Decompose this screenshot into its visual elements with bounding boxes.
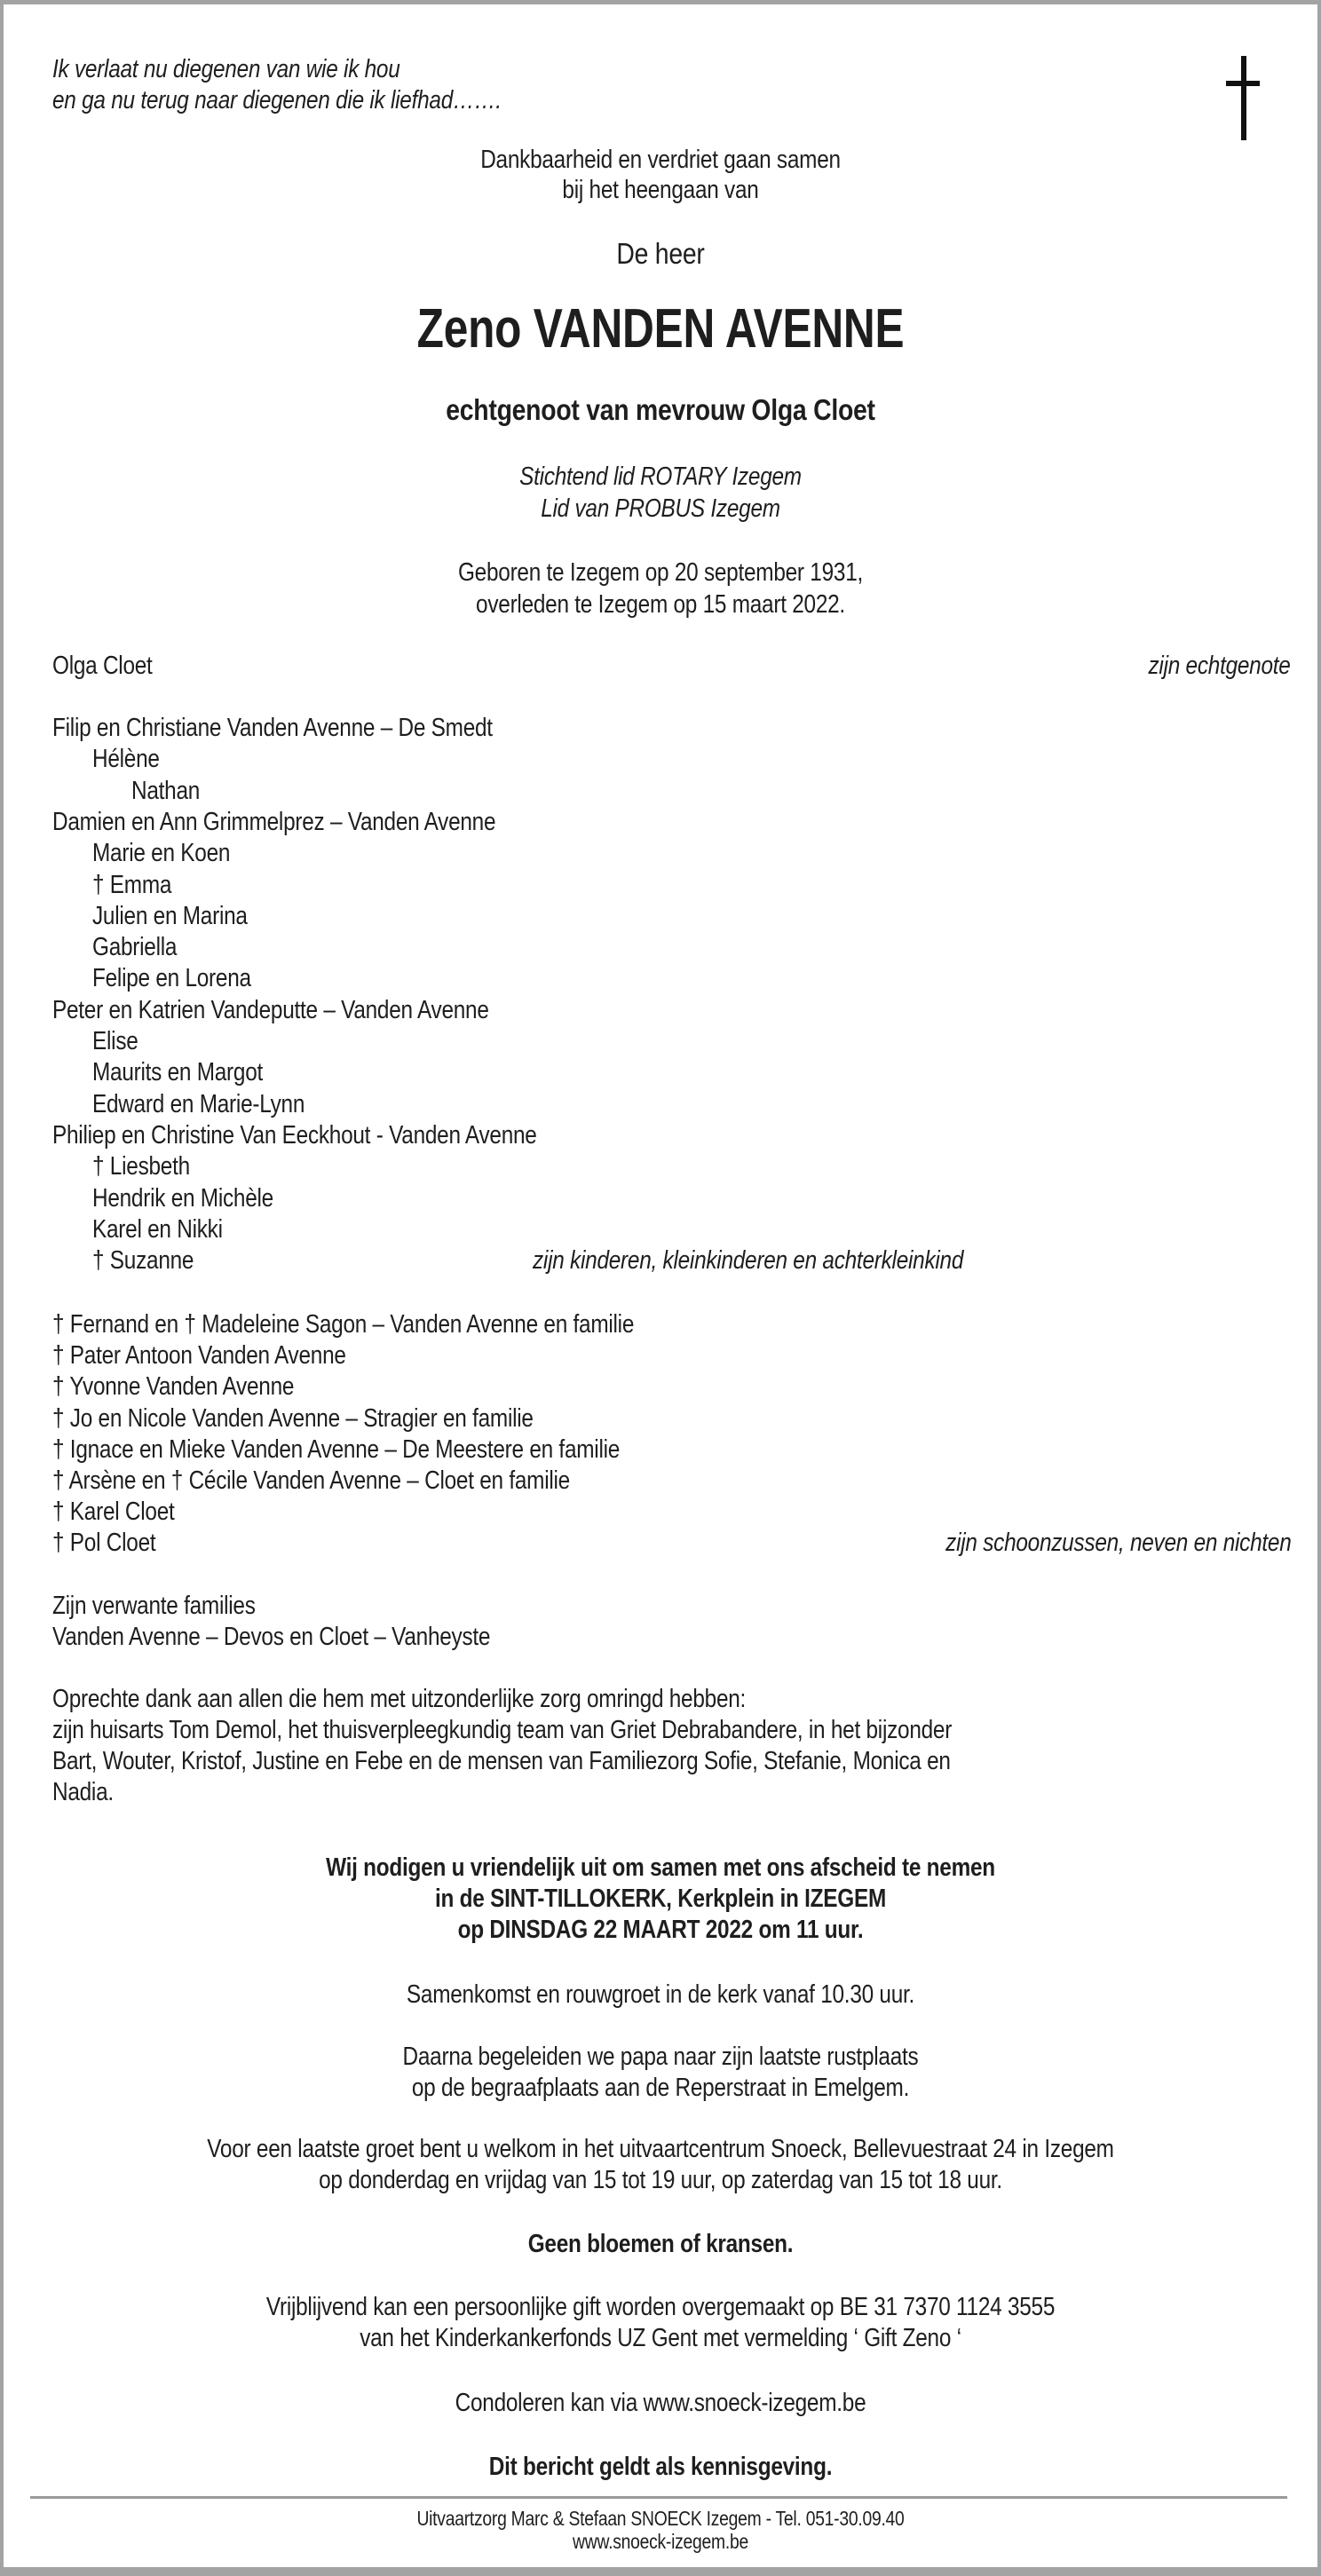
invitation-line: Wij nodigen u vriendelijk uit om samen m… — [106, 1853, 1215, 1884]
burial-line: op de begraafplaats aan de Reperstraat i… — [106, 2073, 1215, 2104]
in-laws-role: zijn schoonzussen, neven en nichten — [945, 1528, 1291, 1559]
children-role: zijn kinderen, kleinkinderen en achterkl… — [533, 1245, 963, 1276]
family-member-line: Hélène — [92, 744, 160, 775]
thanks-line: Nadia. — [52, 1777, 114, 1808]
family-member-line: Nathan — [131, 776, 200, 807]
notice-line: Dit bericht geldt als kennisgeving. — [106, 2452, 1215, 2483]
related-families-heading: Zijn verwante families — [52, 1591, 256, 1622]
invitation-line: in de SINT-TILLOKERK, Kerkplein in IZEGE… — [106, 1884, 1215, 1915]
in-law-line: † Arsène en † Cécile Vanden Avenne – Clo… — [52, 1466, 570, 1497]
in-law-line: † Fernand en † Madeleine Sagon – Vanden … — [52, 1309, 634, 1340]
gathering-line: Samenkomst en rouwgroet in de kerk vanaf… — [106, 1979, 1215, 2011]
in-law-line: † Karel Cloet — [52, 1497, 175, 1528]
footer-divider — [30, 2496, 1287, 2499]
deceased-name: Zeno VANDEN AVENNE — [132, 298, 1189, 360]
visitation-line: op donderdag en vrijdag van 15 tot 19 uu… — [106, 2165, 1215, 2196]
family-member-line: Damien en Ann Grimmelprez – Vanden Avenn… — [52, 807, 495, 838]
intro-line: bij het heengaan van — [106, 175, 1215, 206]
family-member-line: Hendrik en Michèle — [92, 1183, 273, 1214]
in-law-line: † Ignace en Mieke Vanden Avenne – De Mee… — [52, 1434, 620, 1466]
in-law-line: † Pol Cloet — [52, 1528, 155, 1559]
cross-icon — [1241, 56, 1246, 140]
quote-line: en ga nu terug naar diegenen die ik lief… — [52, 85, 502, 116]
family-member-line: Elise — [92, 1026, 138, 1057]
intro-line: Dankbaarheid en verdriet gaan samen — [106, 145, 1215, 176]
spouse-name: Olga Cloet — [52, 651, 153, 682]
family-member-line: † Liesbeth — [92, 1151, 190, 1182]
family-member-line: Julien en Marina — [92, 901, 248, 932]
spouse-role: zijn echtgenote — [1149, 651, 1291, 682]
family-member-line: Maurits en Margot — [92, 1057, 263, 1088]
visitation-line: Voor een laatste groet bent u welkom in … — [106, 2134, 1215, 2165]
thanks-line: zijn huisarts Tom Demol, het thuisverple… — [52, 1715, 952, 1746]
family-member-line: Marie en Koen — [92, 838, 230, 869]
condolence-line: Condoleren kan via www.snoeck-izegem.be — [106, 2388, 1215, 2419]
thanks-line: Oprechte dank aan allen die hem met uitz… — [52, 1684, 746, 1715]
funeral-home-line: Uitvaartzorg Marc & Stefaan SNOECK Izege… — [106, 2507, 1215, 2531]
family-member-line: Filip en Christiane Vanden Avenne – De S… — [52, 713, 493, 744]
in-law-line: † Yvonne Vanden Avenne — [52, 1371, 294, 1403]
death-line: overleden te Izegem op 15 maart 2022. — [106, 589, 1215, 620]
related-families-names: Vanden Avenne – Devos en Cloet – Vanheys… — [52, 1622, 490, 1653]
donation-line: Vrijblijvend kan een persoonlijke gift w… — [106, 2292, 1215, 2323]
membership-line: Stichtend lid ROTARY Izegem — [106, 462, 1215, 493]
membership-line: Lid van PROBUS Izegem — [106, 494, 1215, 525]
family-member-line: Felipe en Lorena — [92, 963, 251, 994]
family-member-line: Philiep en Christine Van Eeckhout - Vand… — [52, 1120, 537, 1151]
quote-line: Ik verlaat nu diegenen van wie ik hou — [52, 54, 400, 85]
no-flowers-notice: Geen bloemen of kransen. — [106, 2229, 1215, 2260]
family-member-line: Gabriella — [92, 932, 177, 963]
invitation-line: op DINSDAG 22 MAART 2022 om 11 uur. — [106, 1915, 1215, 1946]
family-member-line: Karel en Nikki — [92, 1214, 223, 1245]
in-law-line: † Pater Antoon Vanden Avenne — [52, 1340, 346, 1371]
funeral-home-website: www.snoeck-izegem.be — [106, 2530, 1215, 2554]
donation-line: van het Kinderkankerfonds UZ Gent met ve… — [106, 2323, 1215, 2354]
birth-line: Geboren te Izegem op 20 september 1931, — [106, 557, 1215, 589]
family-member-line: Edward en Marie-Lynn — [92, 1089, 305, 1120]
family-member-line: † Emma — [92, 870, 171, 901]
spouse-line: echtgenoot van mevrouw Olga Cloet — [92, 392, 1229, 428]
thanks-line: Bart, Wouter, Kristof, Justine en Febe e… — [52, 1746, 951, 1777]
family-member-line: Peter en Katrien Vandeputte – Vanden Ave… — [52, 995, 489, 1026]
burial-line: Daarna begeleiden we papa naar zijn laat… — [106, 2042, 1215, 2073]
salutation: De heer — [92, 236, 1229, 272]
family-member-line: † Suzanne — [92, 1245, 194, 1276]
in-law-line: † Jo en Nicole Vanden Avenne – Stragier … — [52, 1403, 534, 1434]
